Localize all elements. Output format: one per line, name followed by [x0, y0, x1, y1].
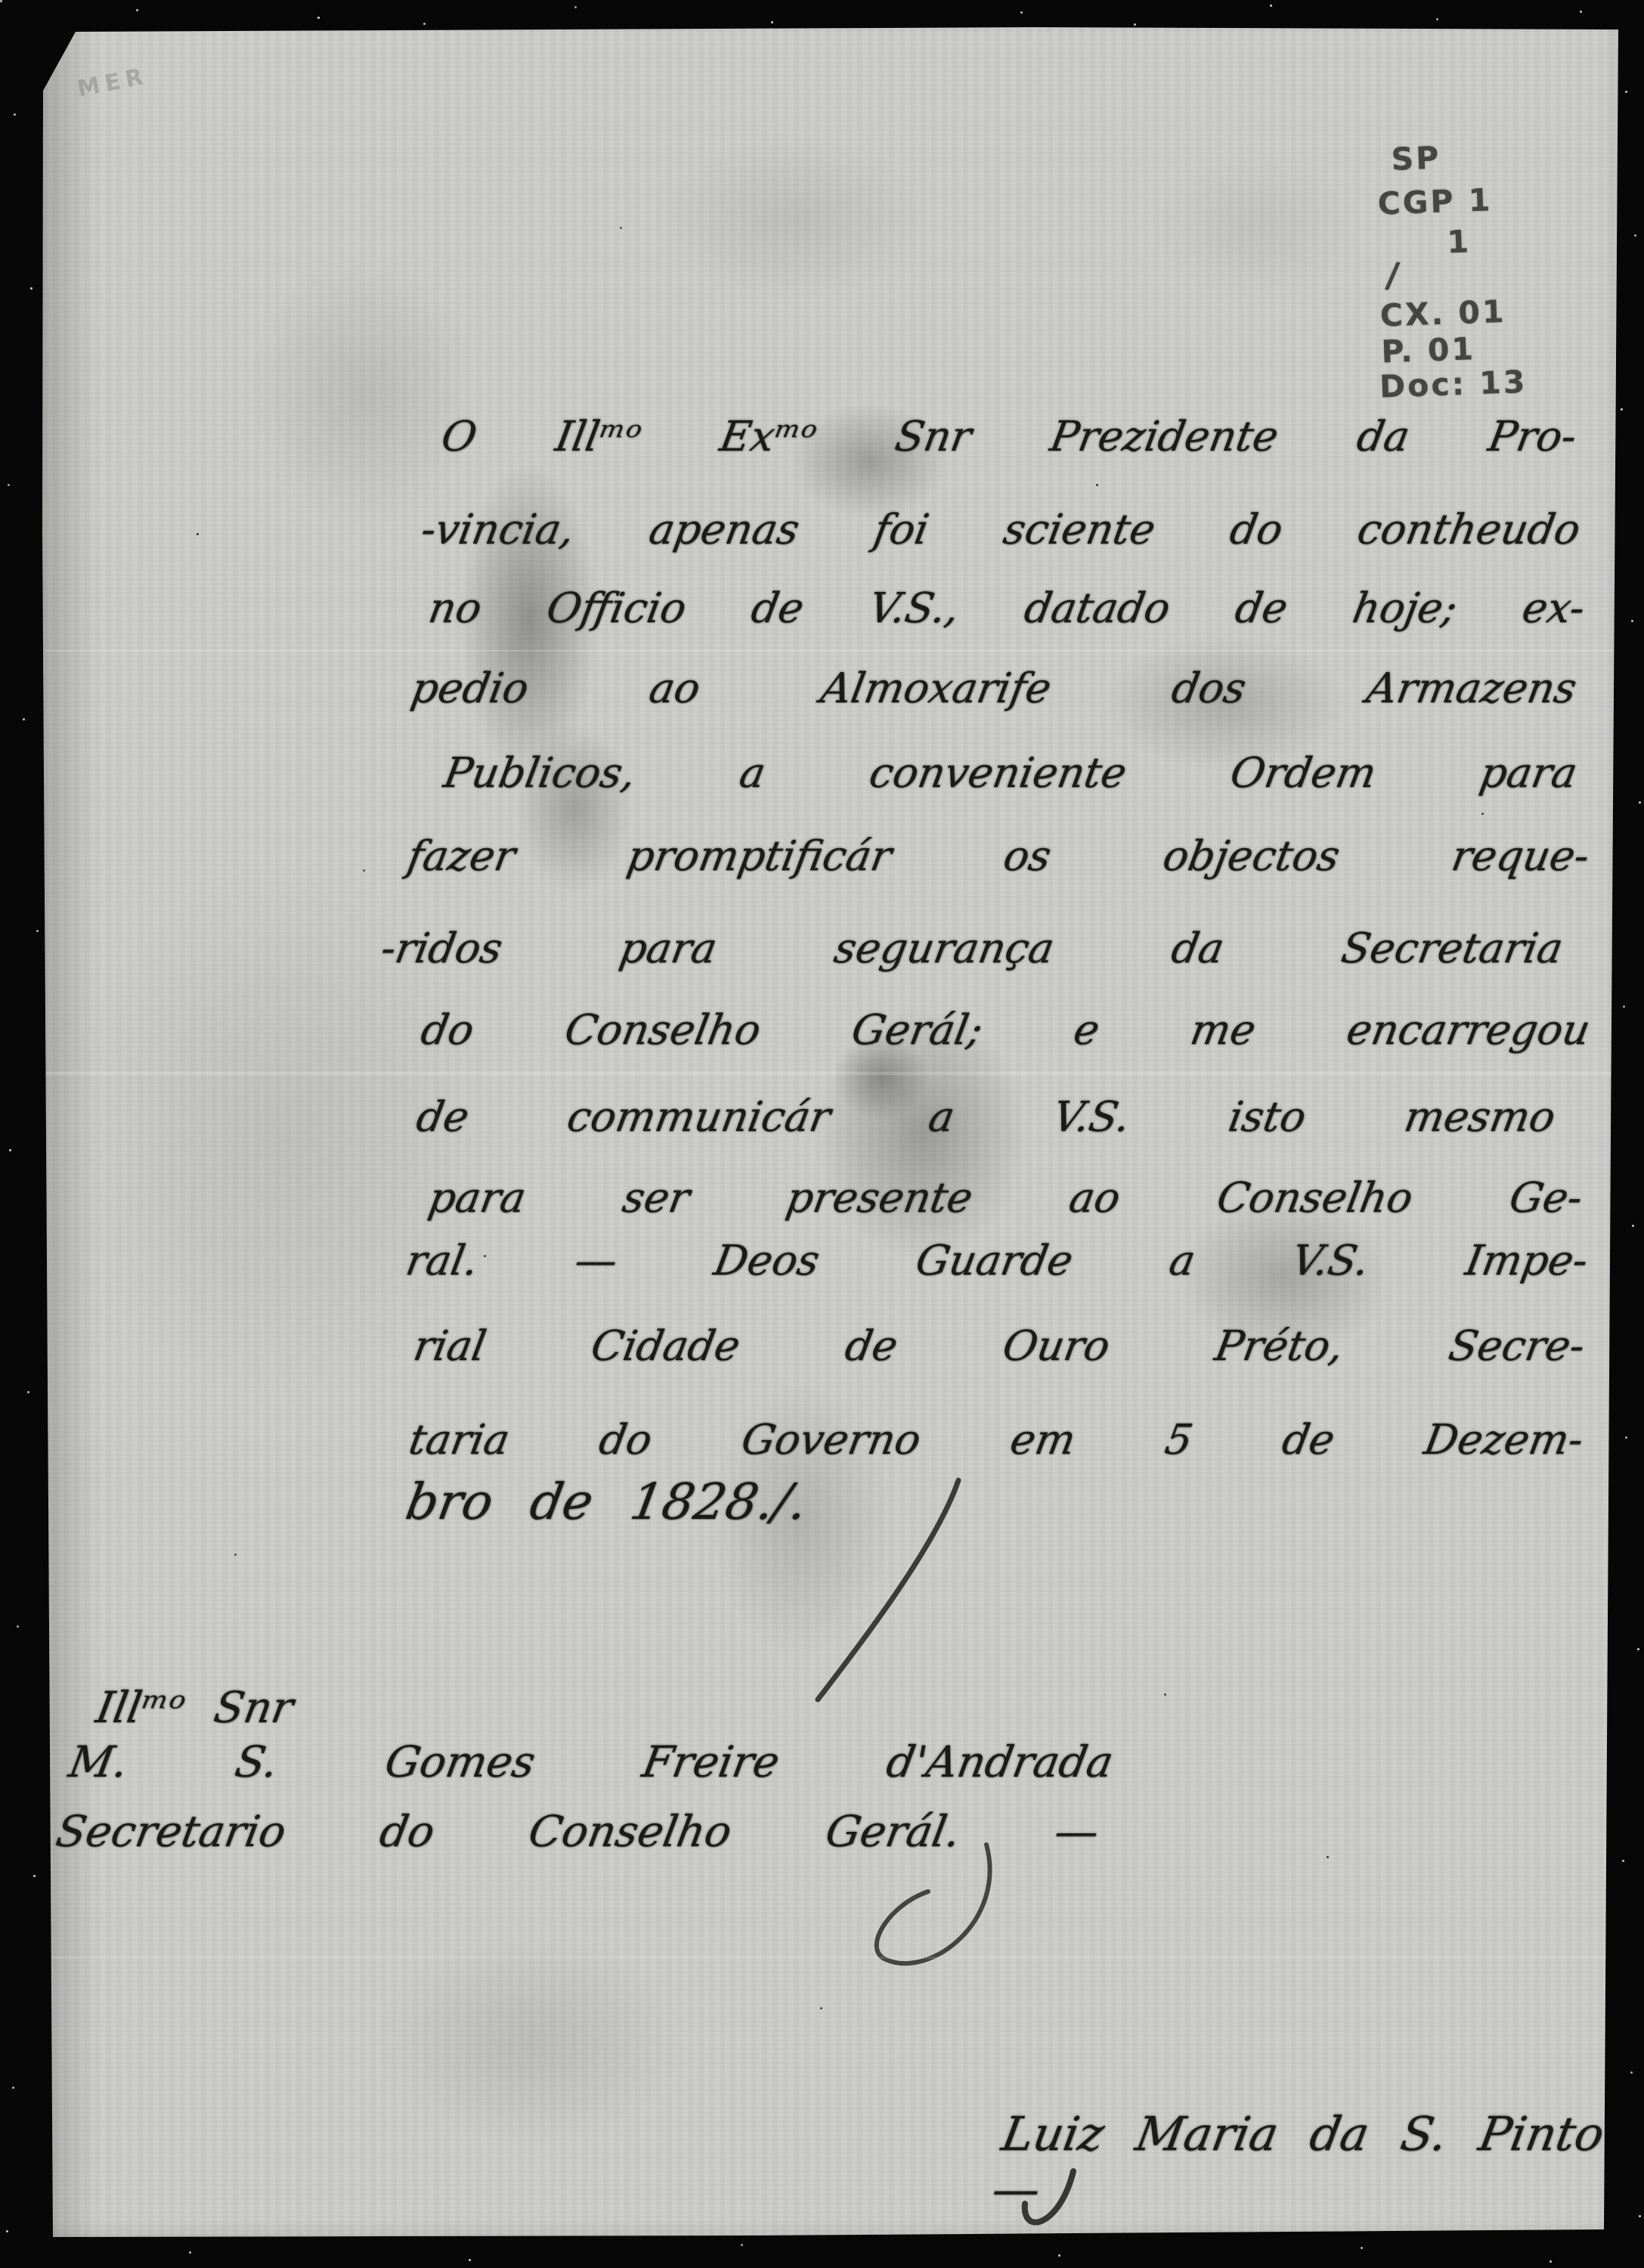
handwritten-line-6: fazer promptificár os objectos reque-: [404, 832, 1593, 880]
stamp-line-series: CGP 1: [1377, 184, 1493, 219]
handwritten-line-2: -vincia, apenas foi sciente do contheudo: [417, 505, 1584, 553]
handwritten-line-5: Publicos, a conveniente Ordem para: [440, 748, 1581, 797]
handwritten-line-10: para ser presente ao Conselho Ge-: [425, 1173, 1586, 1222]
scanner-streak: [45, 1957, 1614, 1959]
scanner-streak: [45, 650, 1614, 652]
date-slash-flourish: [818, 1480, 958, 1699]
stamp-line-doc: Doc: 13: [1379, 367, 1528, 403]
stamp-line-number: 1: [1447, 226, 1472, 258]
handwritten-line-3: no Officio de V.S., datado de hoje; ex-: [425, 584, 1588, 632]
addressee-honorific: Illᵐᵒ Snr: [92, 1683, 297, 1733]
handwritten-line-8: do Conselho Gerál; e me encarregou: [417, 1005, 1593, 1054]
stamp-line-folder: P. 01: [1381, 333, 1476, 367]
handwritten-line-12: rial Cidade de Ouro Préto, Secre-: [410, 1321, 1588, 1370]
handwritten-line-11: ral. — Deos Guarde a V.S. Impe-: [402, 1236, 1591, 1284]
handwritten-line-4: pedio ao Almoxarife dos Armazens: [407, 664, 1580, 712]
scanner-streak: [45, 1072, 1614, 1075]
signature-luiz-maria-da-s-pinto: Luiz Maria da S. Pinto —: [988, 2106, 1608, 2217]
stamp-line-fund: SP: [1391, 143, 1441, 175]
stamp-line-box: CX. 01: [1379, 296, 1506, 332]
addressee-title: Secretario do Conselho Gerál. —: [52, 1807, 1103, 1857]
addressee-name: M. S. Gomes Freire d'Andrada: [65, 1737, 1117, 1787]
document-page: MER SP CGP 1 1 / CX. 01 P. 01 Doc: 13 O …: [0, 0, 1644, 2268]
embossed-watermark: MER: [76, 63, 150, 102]
handwritten-line-1: O Illᵐᵒ Exᵐᵒ Snr Prezidente da Pro-: [438, 412, 1580, 460]
scanner-background: { "watermark": { "text": "MER" }, "archi…: [0, 0, 1644, 2268]
handwritten-line-13: taria do Governo em 5 de Dezem-: [405, 1415, 1587, 1464]
handwritten-line-14: bro de 1828./.: [401, 1473, 812, 1531]
geral-descender-flourish: [877, 1845, 990, 1963]
scanner-dust-noise: [0, 0, 2, 2]
handwritten-line-9: de communicár a V.S. isto mesmo: [413, 1092, 1559, 1141]
handwritten-line-7: -ridos para segurança da Secretaria: [377, 924, 1566, 972]
stamp-line-slash: /: [1385, 257, 1404, 293]
